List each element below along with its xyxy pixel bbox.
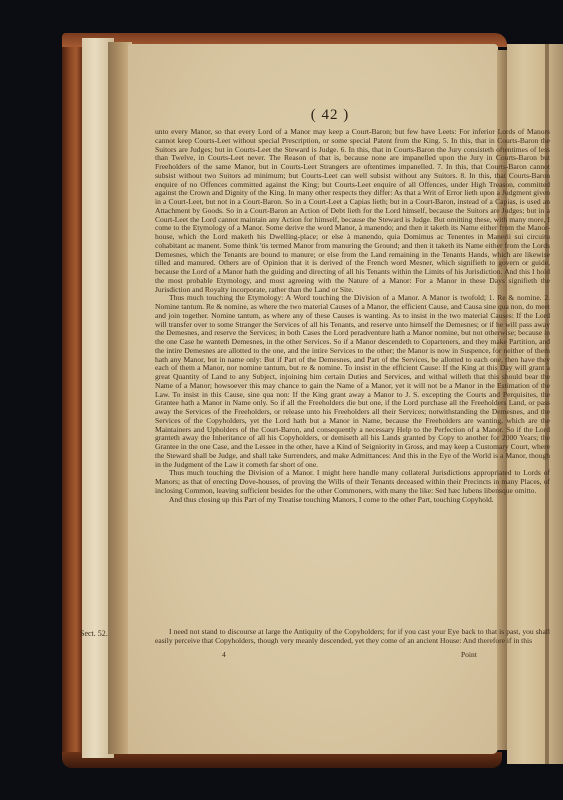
paragraph: Thus much touching the Etymology: A Word…: [155, 294, 550, 469]
catchword: Point: [461, 650, 477, 659]
margin-note: Sect. 52.: [80, 629, 108, 638]
paragraph: Thus much touching the Division of a Man…: [155, 469, 550, 495]
paragraph: unto every Manor, so that every Lord of …: [155, 128, 550, 294]
paragraph: And thus closing up this Part of my Trea…: [155, 496, 550, 505]
section-52-text: I need not stand to discourse at large t…: [155, 628, 550, 646]
book-cover-bottom: [62, 752, 502, 768]
page-number: ( 42 ): [300, 107, 360, 124]
signature-mark: 4: [222, 650, 226, 659]
book-cover-left: [62, 33, 82, 763]
body-text: unto every Manor, so that every Lord of …: [155, 128, 550, 504]
paragraph: I need not stand to discourse at large t…: [155, 628, 550, 646]
